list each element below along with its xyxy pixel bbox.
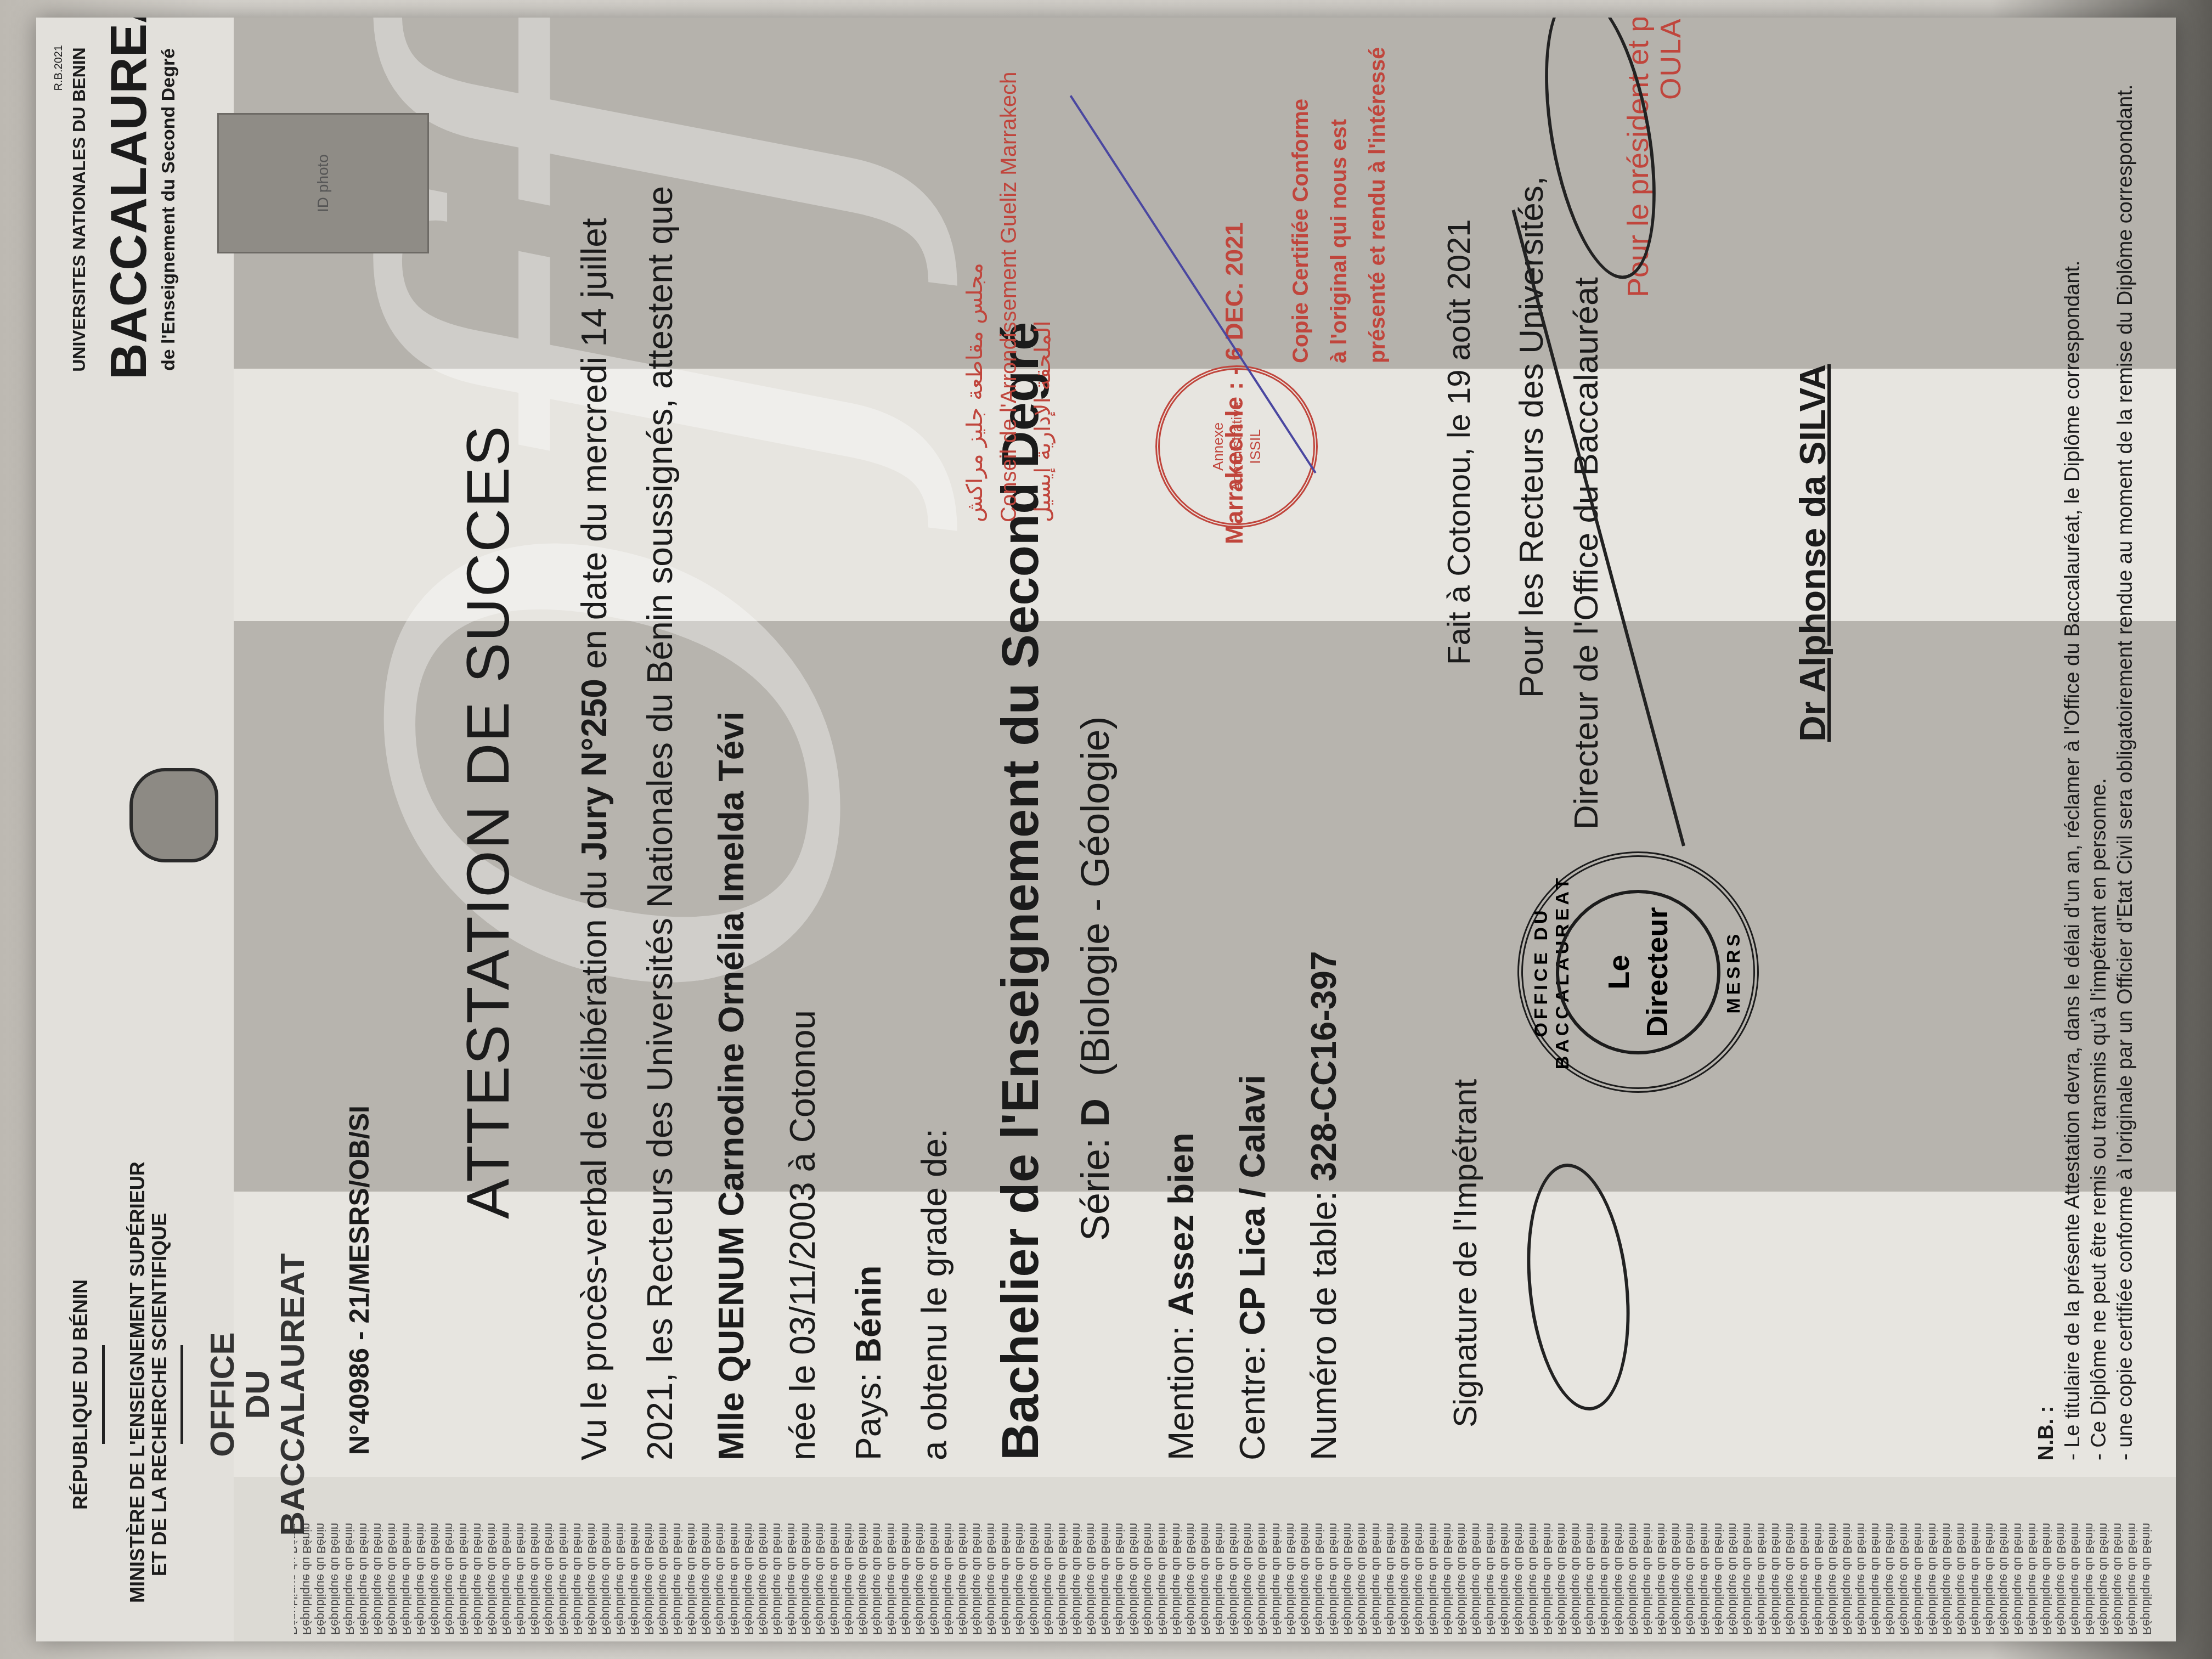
serie-label: Série: xyxy=(1074,1127,1118,1241)
director-title: Directeur de l'Office du Baccalauréat xyxy=(1567,277,1606,830)
for-rectors: Pour les Recteurs des Universités, xyxy=(1512,176,1551,698)
ministry-line-2: ET DE LA RECHERCHE SCIENTIFIQUE xyxy=(149,1186,171,1603)
office-line-3: BACCALAUREAT xyxy=(275,1186,311,1603)
stamp-text: Le xyxy=(1600,955,1638,989)
seal-line: Administrative xyxy=(1227,402,1246,491)
note-item: - une copie certifiée conforme à l'origi… xyxy=(2112,84,2138,1460)
serie-value: D xyxy=(1074,1098,1118,1127)
divider xyxy=(180,1345,183,1444)
mention-value: Assez bien xyxy=(1161,1132,1201,1316)
exam-header: R.B.2021 UNIVERSITES NATIONALES DU BENIN… xyxy=(69,39,179,380)
certificate-page: Office République du Bénin République du… xyxy=(36,18,2176,1641)
serie-detail: (Biologie - Géologie) xyxy=(1074,716,1118,1076)
table-number-label: Numéro de table: xyxy=(1304,1181,1344,1460)
office-stamp-icon: OFFICE DU BACCALAUREAT Le Directeur MESR… xyxy=(1517,851,1759,1093)
exam-name: BACCALAUREAT xyxy=(100,39,158,380)
document-rotated: Office République du Bénin République du… xyxy=(36,18,2176,1641)
jury-number: Jury N°250 xyxy=(574,679,614,861)
office-line-2: DU xyxy=(240,1186,275,1603)
body-line-1: Vu le procès-verbal de délibération du J… xyxy=(574,218,614,1460)
body-text: en date du mercredi 14 juillet xyxy=(574,218,614,679)
ministry-line-1: MINISTÈRE DE L'ENSEIGNEMENT SUPÉRIEUR xyxy=(127,1186,149,1603)
notes-label: N.B. : xyxy=(2035,1406,2058,1460)
mention-field: Mention: Assez bien xyxy=(1161,1132,1201,1460)
delegate-name: OULAKTOU ABDELHADI xyxy=(1655,18,1688,100)
conforme-line: présenté et rendu à l'intéressé xyxy=(1358,47,1397,363)
stamp-bottom-text: MESRS xyxy=(1723,857,1745,1087)
reference-number: N°40986 - 21/MESRS/OB/SI xyxy=(343,1105,375,1455)
conforme-line: Copie Certifiée Conforme xyxy=(1282,47,1320,363)
body-line-2: 2021, les Recteurs des Universités Natio… xyxy=(640,186,680,1460)
certification-header: مجلس مقاطعة جليز مراكش Conseil de l'Arro… xyxy=(958,72,1060,522)
candidate-name: Mlle QUENUM Carnodine Ornélia Imelda Tév… xyxy=(711,711,752,1460)
serie-field: Série: D (Biologie - Géologie) xyxy=(1073,716,1118,1241)
country-label: Pays: xyxy=(849,1363,888,1460)
photo-label: ID photo xyxy=(219,115,427,252)
mention-label: Mention: xyxy=(1161,1316,1201,1460)
conforme-line: à l'original qui nous est xyxy=(1320,47,1358,363)
stamp-text: Directeur xyxy=(1638,907,1677,1037)
note-item: - Le titulaire de la présente Attestatio… xyxy=(2059,84,2086,1460)
decor-band xyxy=(234,1192,2176,1477)
impetrant-signature-label: Signature de l'Impétrant xyxy=(1446,1079,1484,1427)
seal-line: ISSIL xyxy=(1246,429,1265,464)
exam-subtitle: de l'Enseignement du Second Degré xyxy=(158,39,179,380)
annex-seal-icon: Annexe Administrative ISSIL xyxy=(1155,365,1318,528)
centre-field: Centre: CP Lica / Calavi xyxy=(1232,1075,1273,1460)
divider xyxy=(102,1345,105,1444)
office-line-1: OFFICE xyxy=(205,1186,240,1603)
table-number-value: 328-CC16-397 xyxy=(1304,951,1344,1181)
table-number-field: Numéro de table: 328-CC16-397 xyxy=(1304,951,1344,1460)
director-name: Dr Alphonse da SILVA xyxy=(1792,364,1833,742)
note-item: - Ce Diplôme ne peut être remis ou trans… xyxy=(2086,84,2112,1460)
notes: N.B. : - Le titulaire de la présente Att… xyxy=(2033,84,2138,1460)
annex-arabic: الملحقة الإدارية إيسيل xyxy=(1026,72,1060,522)
issuer-header: RÉPUBLIQUE DU BÉNIN MINISTÈRE DE L'ENSEI… xyxy=(69,1186,311,1603)
security-pattern: République du Bénin République du Bénin … xyxy=(294,1509,2154,1635)
form-code: R.B.2021 xyxy=(53,45,65,91)
place-date: Fait à Cotonou, le 19 août 2021 xyxy=(1441,219,1477,665)
stamp-center: Le Directeur xyxy=(1523,857,1753,1087)
universities-label: UNIVERSITES NATIONALES DU BENIN xyxy=(69,39,89,380)
birth-info: née le 03/11/2003 à Cotonou xyxy=(782,1010,823,1460)
country-field: Pays: Bénin xyxy=(848,1265,889,1460)
seal-line: Annexe xyxy=(1209,422,1227,471)
country-value: Bénin xyxy=(849,1265,888,1363)
council-french: Conseil de l'Arrondissement Gueliz Marra… xyxy=(992,72,1026,522)
centre-label: Centre: xyxy=(1233,1335,1272,1460)
coat-of-arms-icon xyxy=(129,768,218,862)
obtained-label: a obtenu le grade de: xyxy=(914,1128,955,1460)
certified-copy-text: Copie Certifiée Conforme à l'original qu… xyxy=(1282,47,1397,363)
country-name: RÉPUBLIQUE DU BÉNIN xyxy=(69,1186,92,1603)
centre-value: CP Lica / Calavi xyxy=(1233,1075,1272,1336)
id-photo-placeholder: ID photo xyxy=(217,113,429,253)
body-text: Vu le procès-verbal de délibération du xyxy=(574,861,614,1460)
council-arabic: مجلس مقاطعة جليز مراكش xyxy=(958,72,992,522)
document-title: ATTESTATION DE SUCCES xyxy=(453,425,523,1219)
